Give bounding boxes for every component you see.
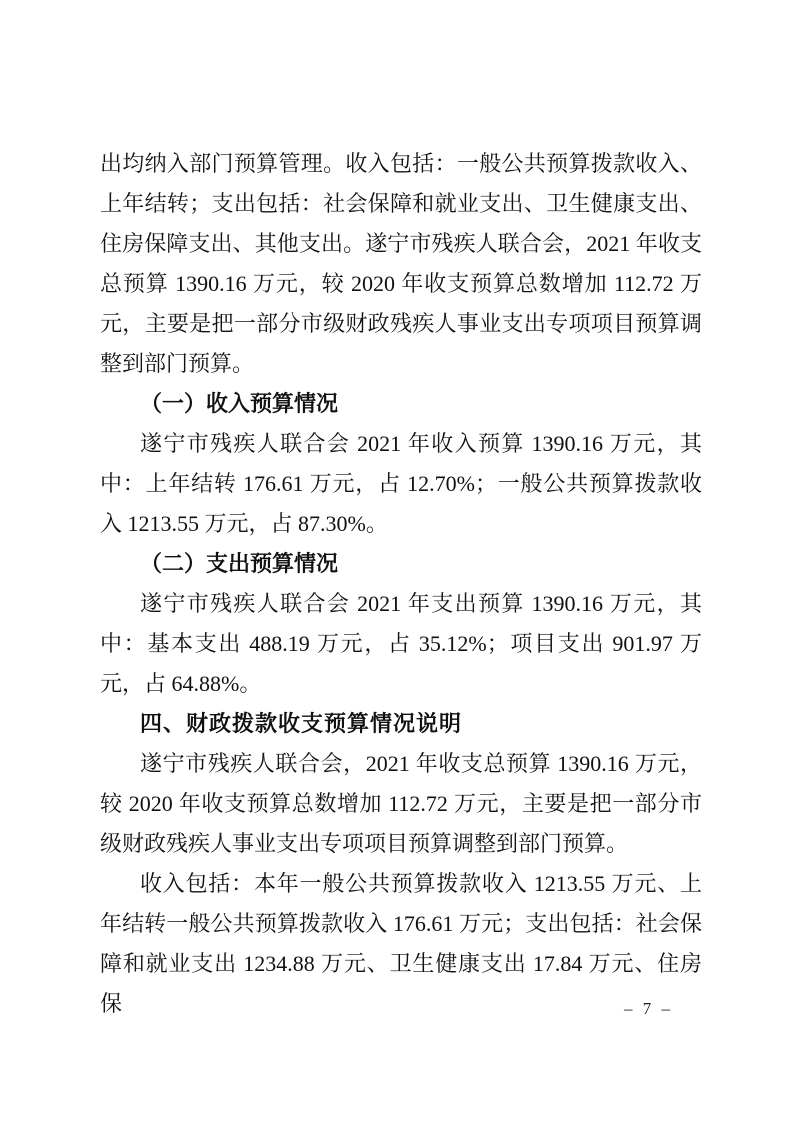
paragraph-expenditure-budget: 遂宁市残疾人联合会 2021 年支出预算 1390.16 万元，其中：基本支出 … [100, 584, 702, 704]
paragraph-income-budget: 遂宁市残疾人联合会 2021 年收入预算 1390.16 万元，其中：上年结转 … [100, 424, 702, 544]
page-number: – 7 – [624, 998, 673, 1020]
document-page: 出均纳入部门预算管理。收入包括：一般公共预算拨款收入、上年结转；支出包括：社会保… [0, 0, 793, 1122]
heading-income-budget: （一）收入预算情况 [100, 384, 702, 424]
heading-expenditure-budget: （二）支出预算情况 [100, 544, 702, 584]
document-body: 出均纳入部门预算管理。收入包括：一般公共预算拨款收入、上年结转；支出包括：社会保… [100, 144, 702, 1024]
paragraph-budget-overview-continuation: 出均纳入部门预算管理。收入包括：一般公共预算拨款收入、上年结转；支出包括：社会保… [100, 144, 702, 384]
paragraph-fiscal-income-expenditure-detail: 收入包括：本年一般公共预算拨款收入 1213.55 万元、上年结转一般公共预算拨… [100, 864, 702, 1024]
paragraph-fiscal-appropriation-overview: 遂宁市残疾人联合会，2021 年收支总预算 1390.16 万元，较 2020 … [100, 744, 702, 864]
heading-fiscal-appropriation-section: 四、财政拨款收支预算情况说明 [100, 704, 702, 744]
